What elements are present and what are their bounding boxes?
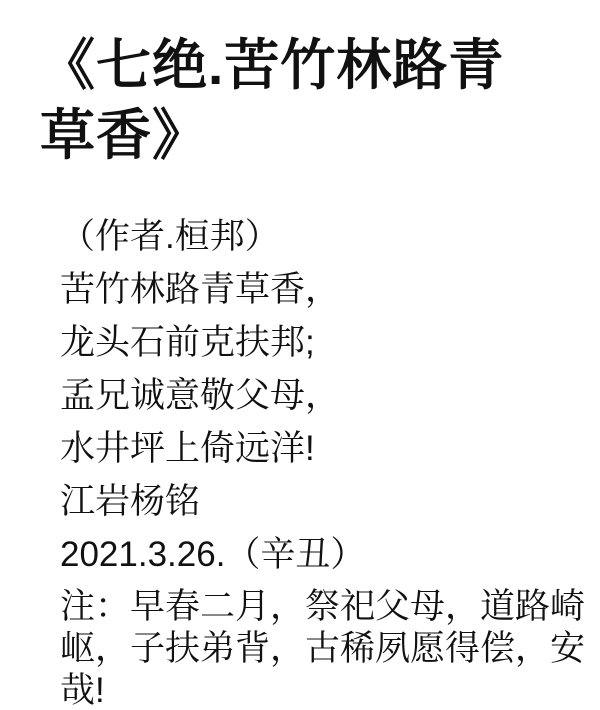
note-line-2: 岖，子扶弟背，古稀夙愿得偿，安 <box>60 628 586 670</box>
poem-title: 《七绝.苦竹林路青 草香》 <box>40 30 586 170</box>
poem-line-4: 水井坪上倚远洋! <box>60 426 586 472</box>
poem-line-2: 龙头石前克扶邦; <box>60 320 586 366</box>
poem-title-line-1: 《七绝.苦竹林路青 <box>40 30 586 100</box>
poem-line-1: 苦竹林路青草香， <box>60 267 586 313</box>
poem-document-page: 《七绝.苦竹林路青 草香》 （作者.桓邦） 苦竹林路青草香， 龙头石前克扶邦; … <box>0 0 600 710</box>
author-line: （作者.桓邦） <box>60 214 586 260</box>
poem-line-3: 孟兄诚意敬父母， <box>60 373 586 419</box>
date-line: 2021.3.26.（辛丑） <box>60 532 586 578</box>
poem-title-line-2: 草香》 <box>40 100 586 170</box>
note-paragraph: 注：早春二月，祭祀父母，道路崎 岖，子扶弟背，古稀夙愿得偿，安 哉! <box>60 586 586 710</box>
note-line-3: 哉! <box>60 670 586 710</box>
signature-line: 江岩杨铭 <box>60 479 586 525</box>
note-line-1: 注：早春二月，祭祀父母，道路崎 <box>60 586 586 628</box>
